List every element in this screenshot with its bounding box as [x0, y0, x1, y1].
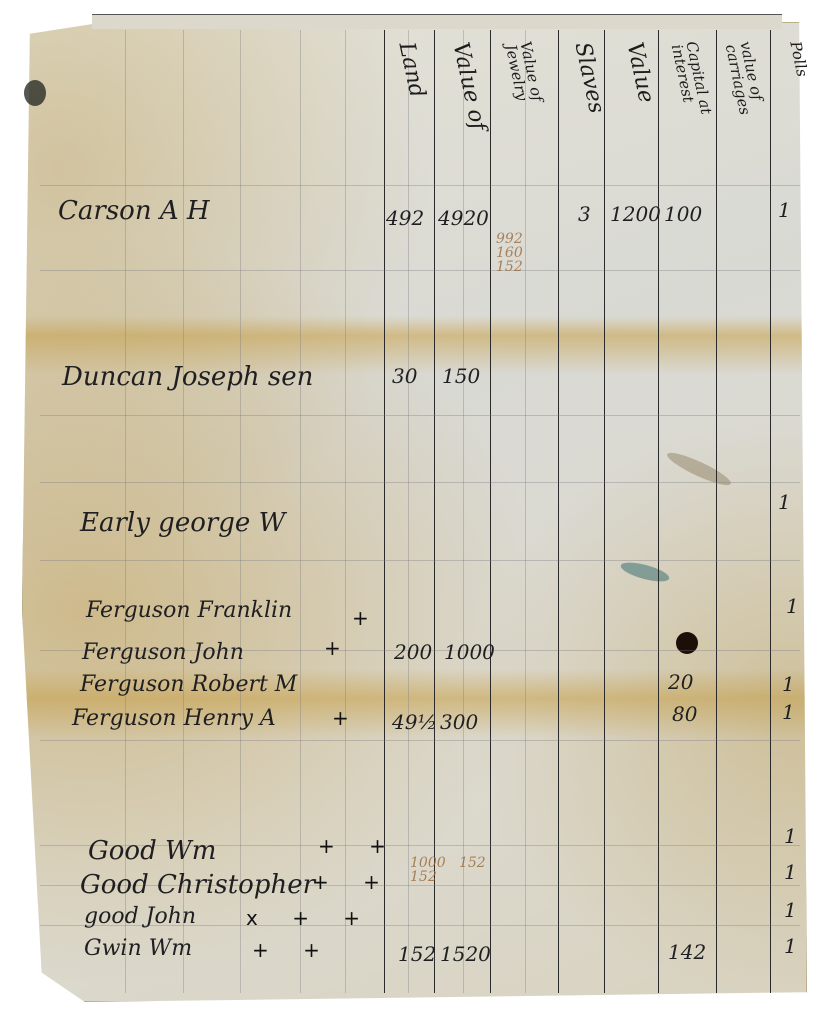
column-rule: [658, 30, 659, 993]
row-rule: [40, 270, 800, 271]
entry-marks: + +: [252, 938, 334, 962]
entry-name: Duncan Joseph sen: [62, 362, 313, 392]
entry-marks: +: [332, 706, 363, 730]
column-rule: [604, 30, 605, 993]
entry-polls: 1: [778, 198, 791, 222]
entry-polls: 1: [778, 490, 791, 514]
entry-land: 49½: [392, 710, 437, 734]
column-header-slaves: Slaves: [560, 40, 600, 180]
column-header-value-of-carriages: value of carriages: [718, 40, 758, 180]
column-header-value-of-jewelry: Value of Jewelry: [498, 40, 538, 180]
entry-name: Gwin Wm: [84, 936, 192, 961]
entry-capital-at-interest: 80: [672, 702, 697, 726]
ink-blot: [24, 80, 46, 106]
entry-name: Carson A H: [58, 196, 210, 226]
column-header-value-of-land: Value of: [438, 40, 478, 180]
column-rule: [434, 30, 435, 993]
entry-polls: 1: [784, 934, 797, 958]
column-header-land: Land: [384, 40, 424, 180]
entry-polls: 1: [782, 700, 795, 724]
entry-marks: x + +: [246, 906, 374, 930]
entry-land: 492: [386, 206, 424, 230]
column-header-polls: Polls: [768, 40, 808, 180]
entry-polls: 1: [784, 824, 797, 848]
entry-slaves: 3: [578, 202, 591, 226]
entry-polls: 1: [784, 898, 797, 922]
entry-value-of-land: 1000: [444, 640, 495, 664]
row-rule: [40, 560, 800, 561]
row-rule: [40, 185, 800, 186]
entry-polls: 1: [782, 672, 795, 696]
entry-capital-at-interest: 20: [668, 670, 693, 694]
entry-land: 152: [398, 942, 436, 966]
faded-annotation: 992 160 152: [496, 232, 523, 274]
entry-marks: +: [324, 636, 355, 660]
entry-value-of-land: 4920: [438, 206, 489, 230]
entry-value-of-land: 1520: [440, 942, 491, 966]
entry-land: 200: [394, 640, 432, 664]
entry-land: 30: [392, 364, 417, 388]
entry-name: Ferguson Henry A: [72, 706, 276, 731]
entry-name: Good Christopher: [80, 870, 315, 900]
column-rule: [490, 30, 491, 993]
entry-marks: + +: [318, 834, 400, 858]
column-header-capital-at-interest: Capital at interest: [664, 40, 704, 180]
entry-marks: +: [352, 606, 383, 630]
entry-name: Early george W: [80, 508, 285, 538]
column-rule: [716, 30, 717, 993]
entry-polls: 1: [786, 594, 799, 618]
entry-capital-at-interest: 100: [664, 202, 702, 226]
entry-name: Ferguson John: [82, 640, 244, 665]
entry-name: Ferguson Robert M: [80, 672, 297, 697]
entry-capital-at-interest: 142: [668, 940, 706, 964]
row-rule: [40, 415, 800, 416]
faded-annotation: 1000 152 152: [410, 856, 486, 884]
entry-value-of-slaves: 1200: [610, 202, 661, 226]
entry-name: Good Wm: [88, 836, 216, 866]
column-rule: [558, 30, 559, 993]
entry-marks: + +: [312, 870, 394, 894]
entry-value-of-land: 300: [440, 710, 478, 734]
entry-value-of-land: 150: [442, 364, 480, 388]
row-rule: [40, 740, 800, 741]
entry-name: Ferguson Franklin: [86, 598, 292, 623]
column-header-value-of-slaves: Value: [612, 40, 652, 180]
row-rule: [40, 482, 800, 483]
entry-name: good John: [84, 904, 196, 929]
entry-polls: 1: [784, 860, 797, 884]
folded-top-edge: [92, 14, 782, 29]
grid-line: [300, 30, 301, 993]
